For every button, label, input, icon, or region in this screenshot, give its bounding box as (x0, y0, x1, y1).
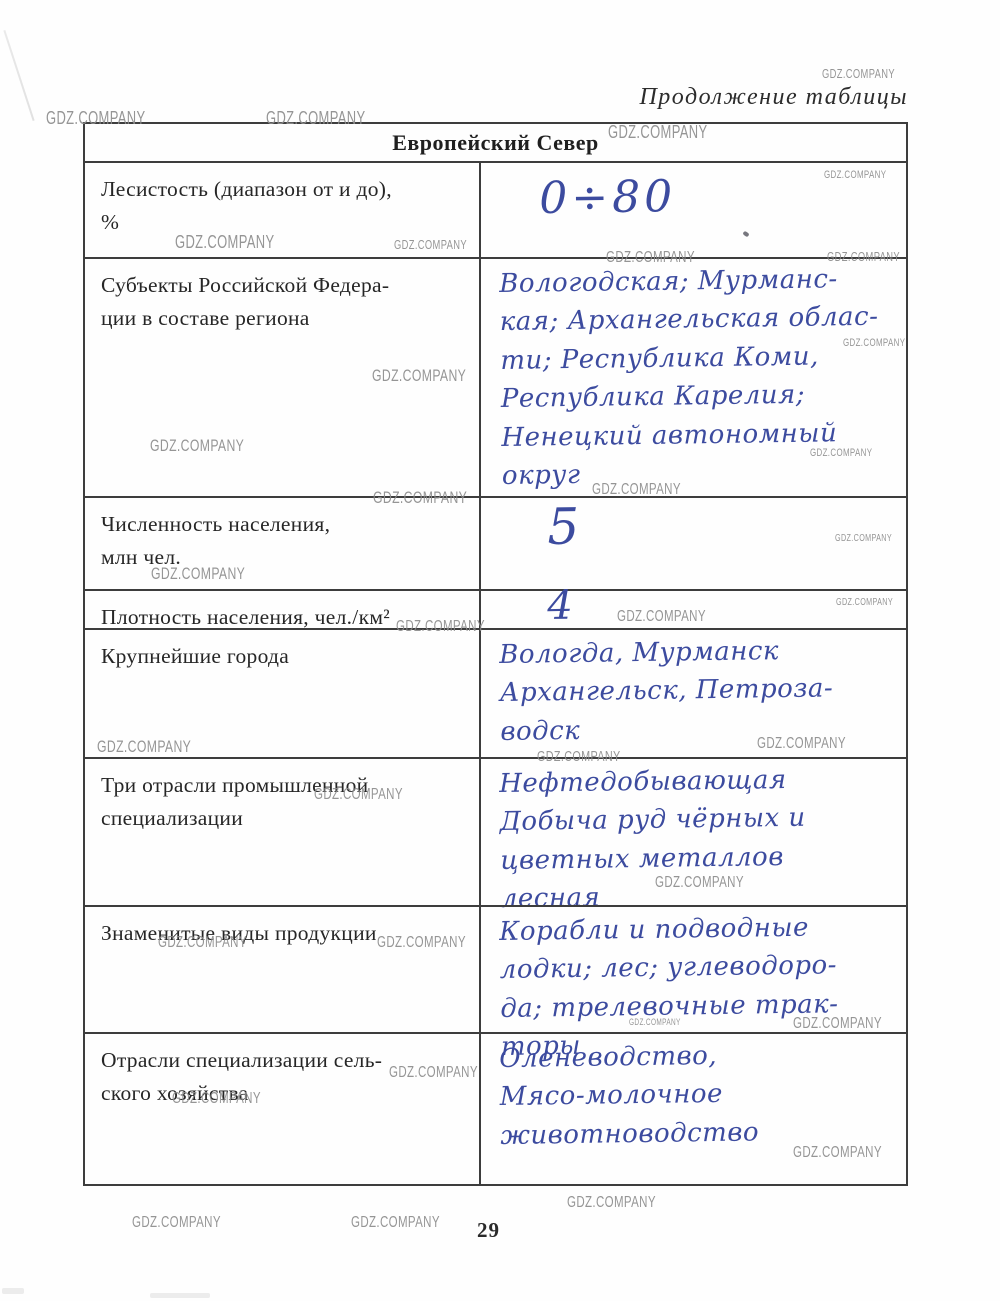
scanned-workbook-page: { "page": { "continuation_label": "Продо… (0, 0, 1000, 1301)
row-federal-subjects-answer: Вологодская; Мурманс- кая; Архангельская… (479, 257, 906, 496)
table-title: Европейский Север (85, 124, 906, 161)
row-population-density-answer: 4 (479, 589, 906, 628)
table-continuation-heading: Продолжение таблицы (639, 84, 908, 111)
row-largest-cities-answer: Вологда, Мурманск Архангельск, Петроза- … (479, 628, 906, 757)
watermark: GDZ.COMPANY (132, 1214, 221, 1232)
handwritten-answer: Вологодская; Мурманс- кая; Архангельская… (499, 260, 881, 496)
row-agriculture-specialization-label: Отрасли специализации сель- ского хозяйс… (85, 1032, 479, 1184)
handwritten-answer: 4 (547, 583, 577, 629)
handwritten-answer: Оленеводство, Мясо-молочное животноводст… (499, 1036, 759, 1155)
scan-smudge (2, 1288, 24, 1294)
scan-scratch-mark (3, 30, 34, 121)
row-population-label: Численность населения, млн чел. (85, 496, 479, 589)
page-number: 29 (477, 1218, 500, 1243)
handwritten-answer: Нефтедобывающая Добыча руд чёрных и цвет… (499, 761, 807, 919)
watermark: GDZ.COMPANY (567, 1194, 656, 1212)
scan-smudge (150, 1293, 210, 1298)
handwritten-answer: 0÷80 (539, 171, 677, 224)
row-industry-specialization-answer: Нефтедобывающая Добыча руд чёрных и цвет… (479, 757, 906, 905)
handwritten-answer: Вологда, Мурманск Архангельск, Петроза- … (499, 631, 834, 751)
row-population-answer: 5 (479, 496, 906, 589)
watermark: GDZ.COMPANY (822, 66, 895, 81)
handwritten-answer: 5 (547, 497, 584, 555)
row-largest-cities-label: Крупнейшие города (85, 628, 479, 757)
row-federal-subjects-label: Субъекты Российской Федера- ции в состав… (85, 257, 479, 496)
row-forest-cover-label: Лесистость (диапазон от и до), % (85, 161, 479, 257)
row-famous-products-label: Знаменитые виды продукции (85, 905, 479, 1032)
row-agriculture-specialization-answer: Оленеводство, Мясо-молочное животноводст… (479, 1032, 906, 1184)
row-industry-specialization-label: Три отрасли промышленной специализации (85, 757, 479, 905)
row-population-density-label: Плотность населения, чел./км² (85, 589, 479, 628)
row-famous-products-answer: Корабли и подводные лодки; лес; углеводо… (479, 905, 906, 1032)
watermark: GDZ.COMPANY (351, 1214, 440, 1232)
region-summary-table: Европейский Север Лесистость (диапазон о… (83, 122, 908, 1186)
row-forest-cover-answer: 0÷80 (479, 161, 906, 257)
